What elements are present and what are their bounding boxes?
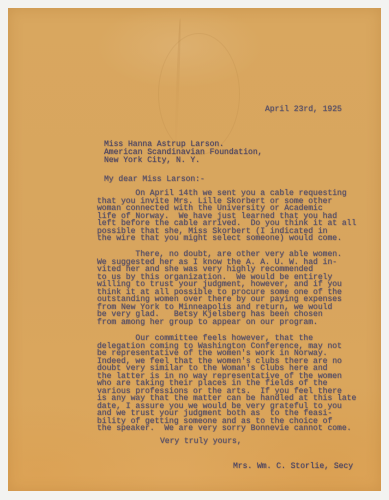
salutation: My dear Miss Larson:-	[104, 176, 205, 184]
recipient-address-block: Miss Hanna Astrup Larson. American Scand…	[104, 141, 262, 165]
letter-paragraph-1: On April 14th we sent you a cable reques…	[97, 190, 365, 243]
paper-smudge	[158, 33, 240, 155]
letter-paragraph-3: Our committee feels however, that the de…	[97, 335, 367, 433]
signature-line: Mrs. Wm. C. Storlie, Secy	[233, 463, 353, 471]
letter-date: April 23rd, 1925	[265, 106, 342, 114]
letter-paragraph-2: There, no doubt, are other very able wom…	[97, 251, 365, 326]
closing-line: Very truly yours,	[160, 438, 242, 446]
